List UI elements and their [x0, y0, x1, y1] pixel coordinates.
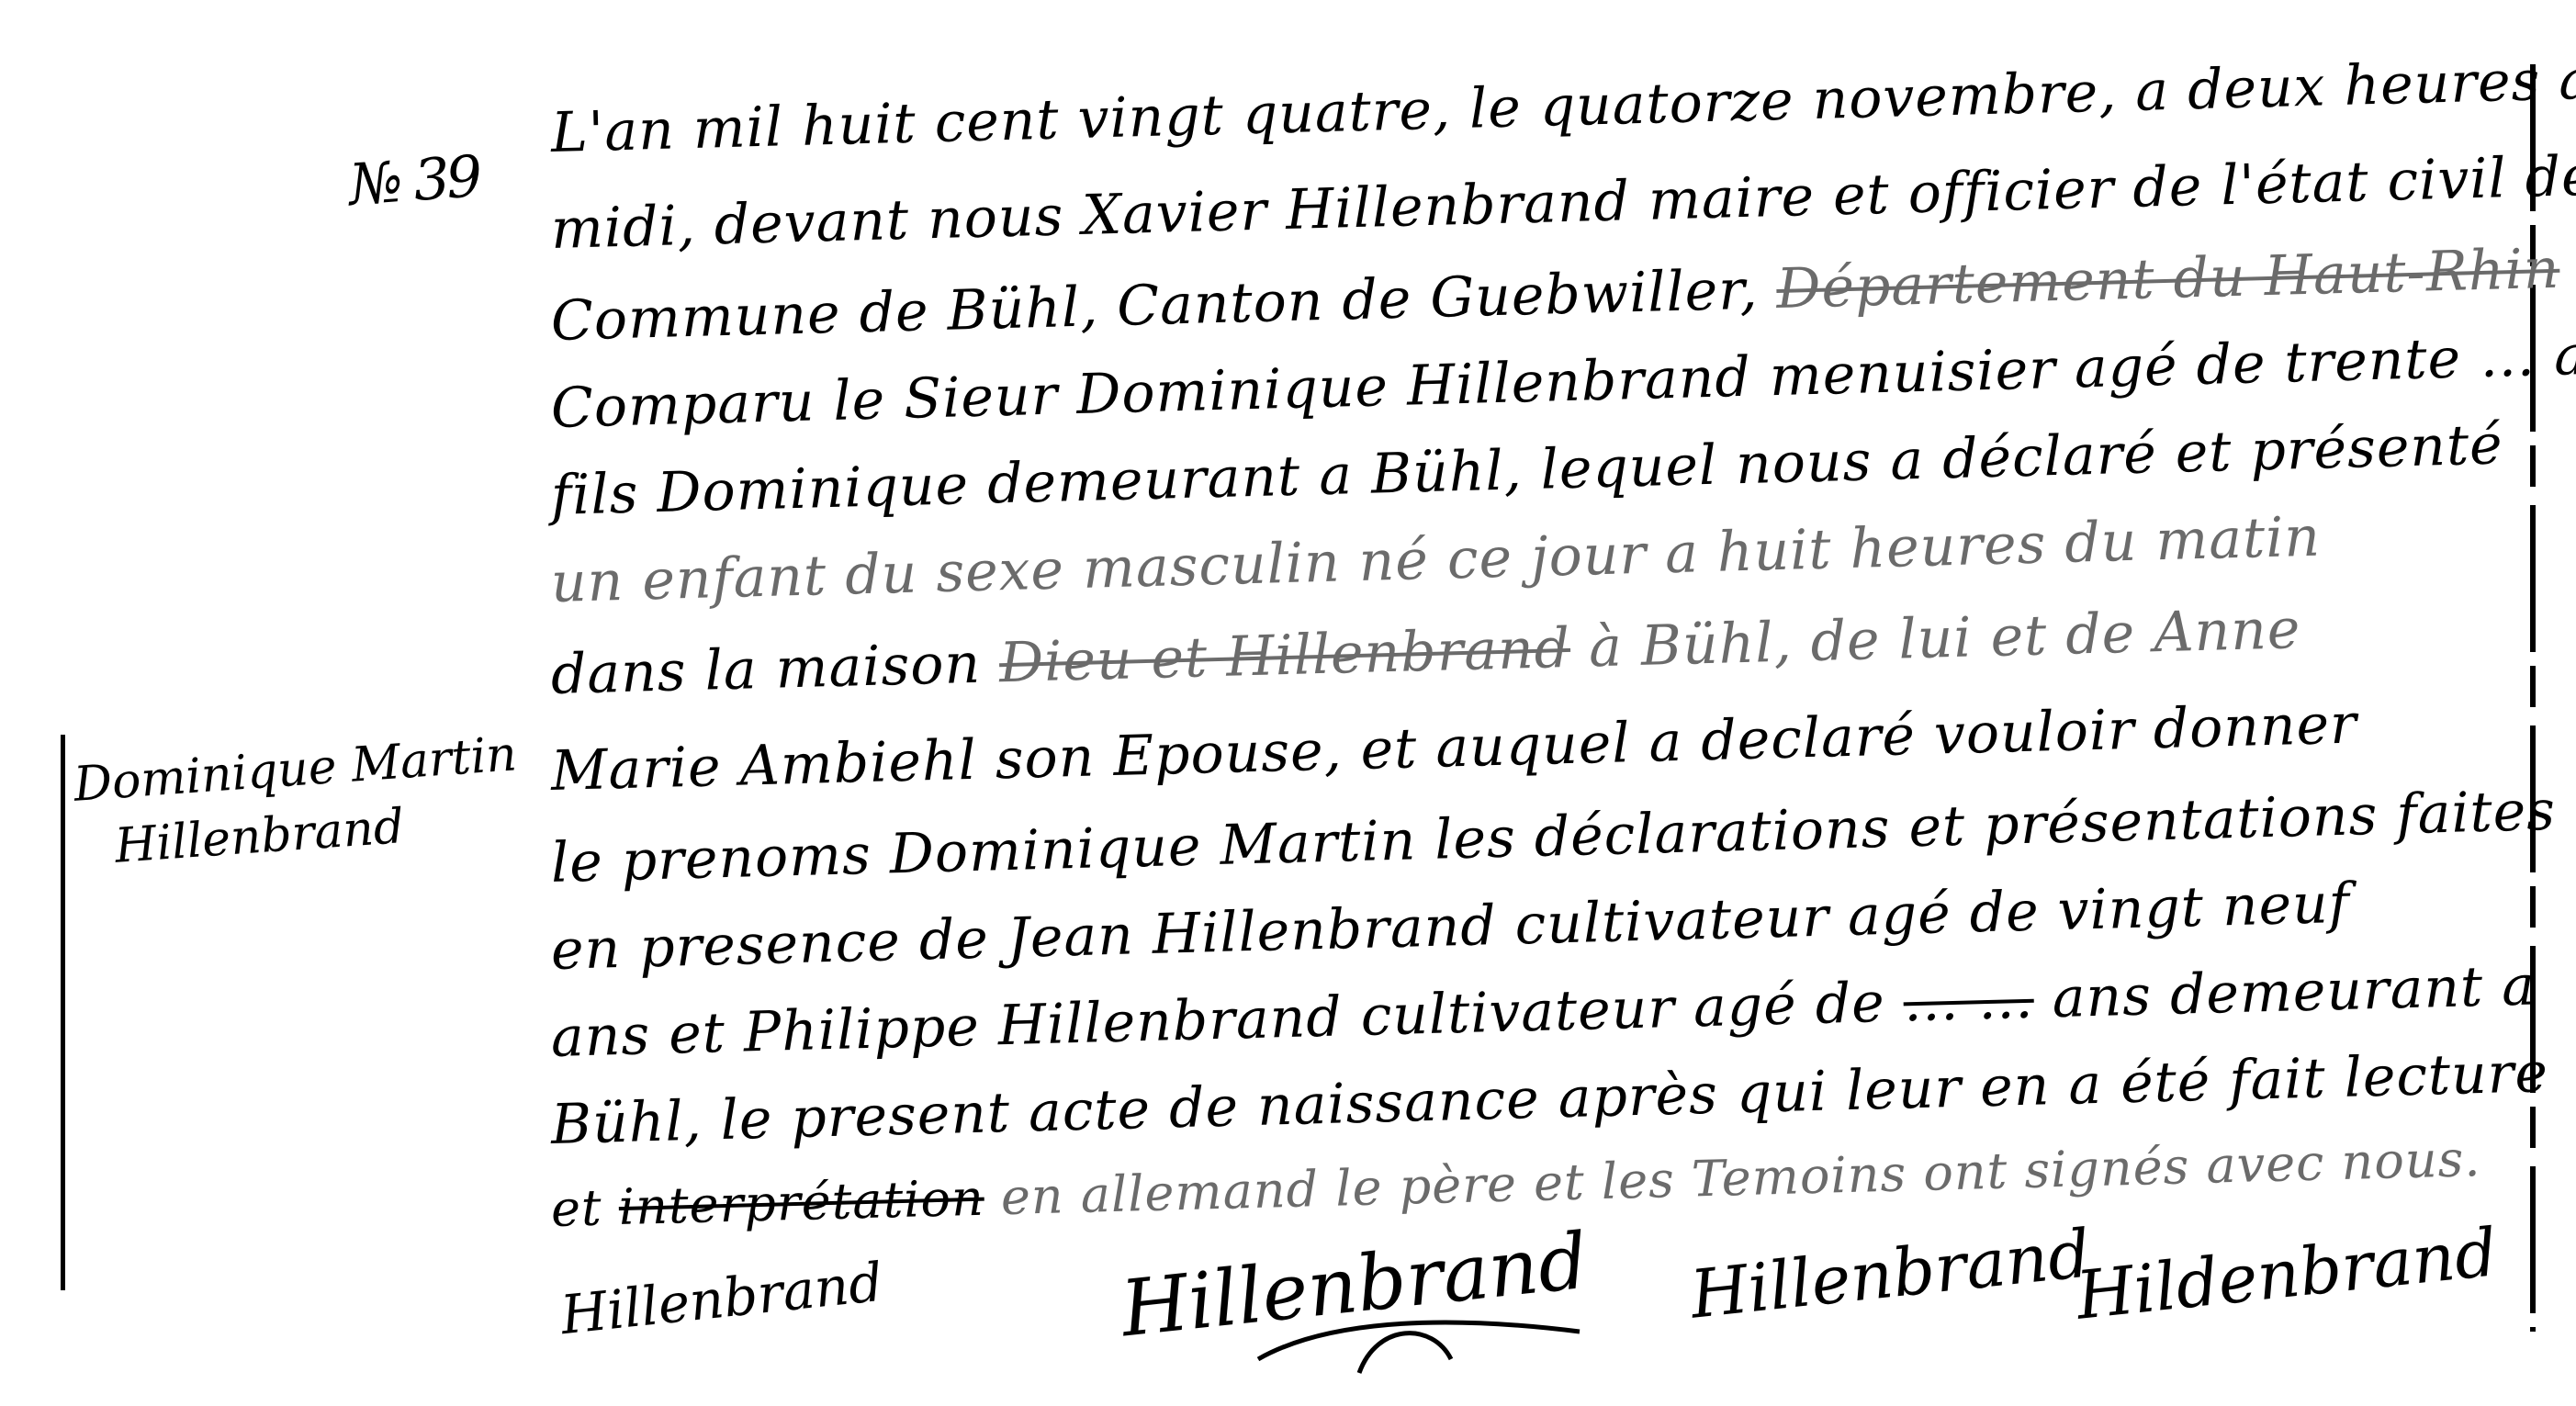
line-text-tail: en allemand le père et les Temoins ont s… [1000, 1130, 2481, 1226]
struck-text: interprétation [618, 1169, 985, 1236]
line-text: dans la maison [550, 632, 982, 707]
struck-text: Département du Haut-Rhin [1775, 237, 2560, 321]
body-line-6: un enfant du sexe masculin né ce jour a … [550, 505, 2322, 615]
struck-text: … … [1903, 967, 2035, 1035]
line-text: et [550, 1179, 602, 1238]
struck-text: Dieu et Hillenbrand [998, 616, 1571, 695]
signature-witness-2: Hildenbrand [2073, 1213, 2501, 1334]
margin-note: Dominique Martin Hillenbrand [72, 722, 523, 881]
body-line-8: Marie Ambiehl son Epouse, et auquel a de… [550, 692, 2358, 804]
signature-flourish-icon [1249, 1304, 1598, 1378]
body-line-1: L'an mil huit cent vingt quatre, le quat… [550, 44, 2576, 165]
civil-record-page: № 39 Dominique Martin Hillenbrand L'an m… [0, 0, 2576, 1406]
signature-maire: Hillenbrand [557, 1251, 885, 1346]
line-text: ans et Philippe Hillenbrand cultivateur … [550, 971, 1885, 1070]
margin-rule [61, 735, 65, 1290]
record-number: № 39 [347, 142, 481, 219]
body-line-7: dans la maison Dieu et Hillenbrand à Büh… [550, 597, 2301, 707]
line-text: un enfant du sexe masculin né ce jour a … [550, 505, 2322, 615]
line-text: Commune de Bühl, Canton de Guebwiller, [550, 258, 1759, 354]
line-text-tail: à Bühl, de lui et de Anne [1588, 597, 2301, 680]
signature-witness-1: Hillenbrand [1687, 1214, 2094, 1333]
line-text: Marie Ambiehl son Epouse, et auquel a de… [550, 692, 2358, 804]
line-text: L'an mil huit cent vingt quatre, le quat… [550, 44, 2576, 165]
line-text-tail: ans demeurant a [2052, 953, 2537, 1030]
